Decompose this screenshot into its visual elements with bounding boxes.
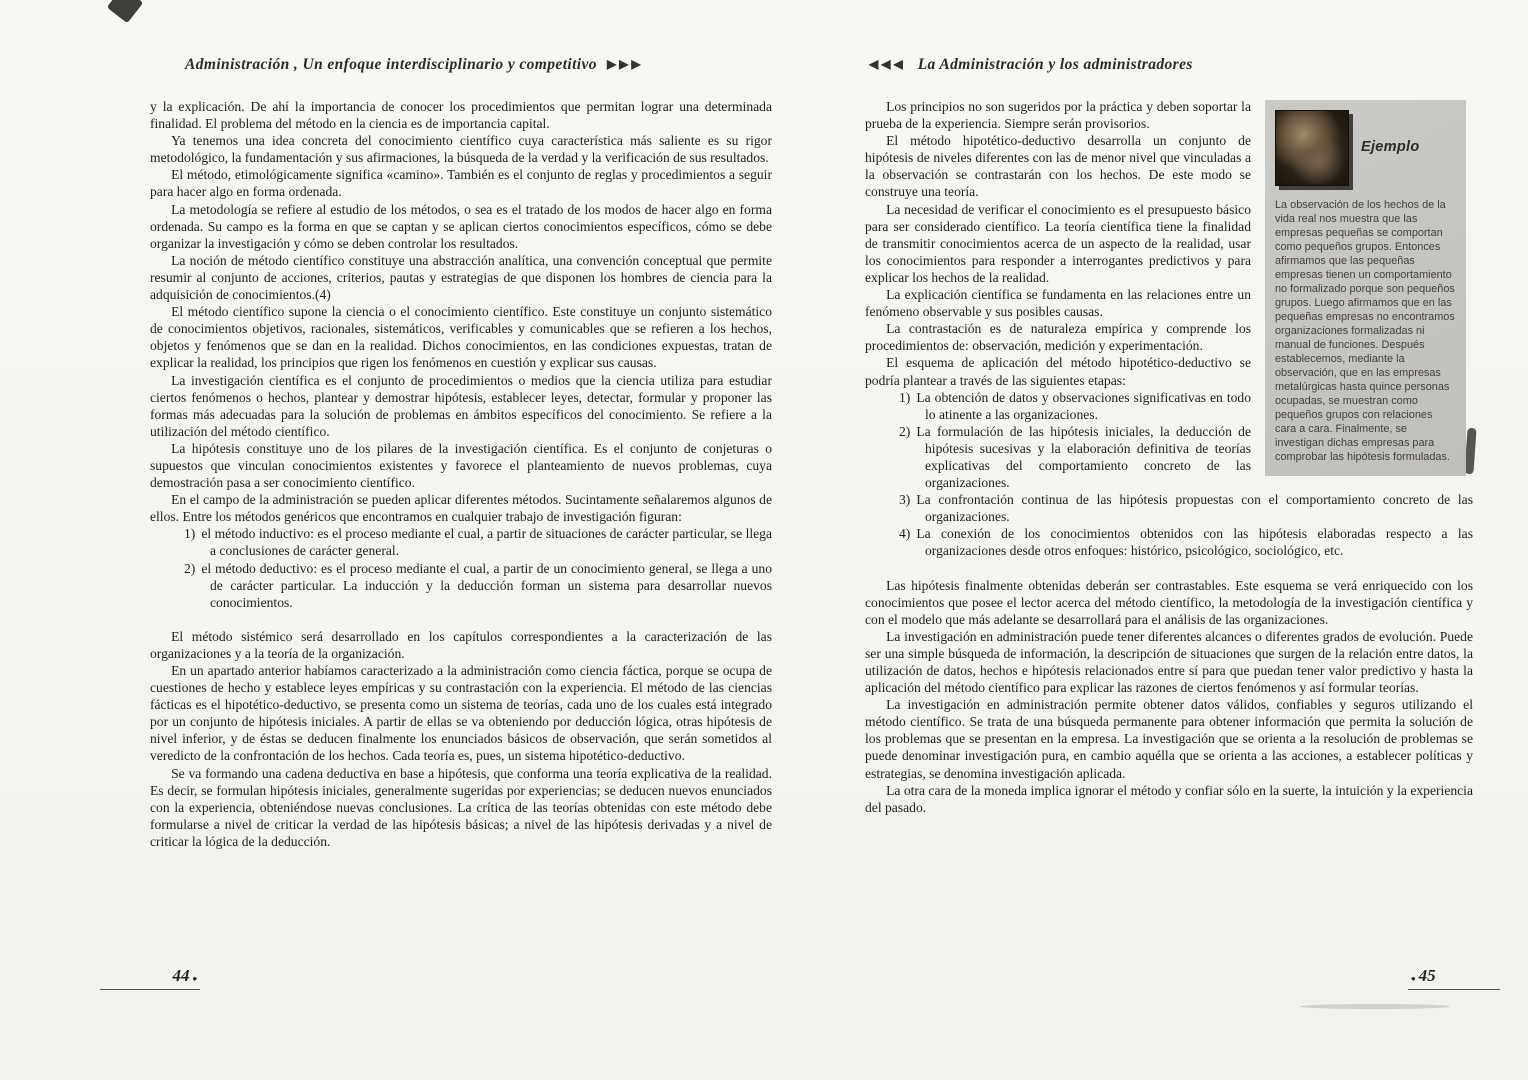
paragraph: La noción de método científico constituy… [150, 252, 772, 303]
right-page: ◀◀◀La Administración y los administrador… [865, 40, 1473, 816]
list-item-text: La obtención de datos y observaciones si… [916, 390, 1251, 422]
page-number-dot: • [192, 971, 197, 986]
left-running-title: Administración , Un enfoque interdiscipl… [185, 56, 597, 73]
page-number-dot: • [1411, 971, 1416, 986]
paragraph: La hipótesis constituye uno de los pilar… [150, 440, 772, 491]
list-item: 3)La confrontación continua de las hipót… [865, 491, 1473, 525]
list-item: 2)el método deductivo: es el proceso med… [150, 560, 772, 611]
list-item-number: 1) [184, 526, 195, 541]
list-item-text: La confrontación continua de las hipótes… [916, 492, 1473, 524]
left-running-header: Administración , Un enfoque interdiscipl… [185, 56, 772, 74]
list-item-number: 4) [899, 526, 910, 541]
list-item-number: 3) [899, 492, 910, 507]
page-number-value: 44 [172, 966, 189, 985]
paragraph: El método sistémico será desarrollado en… [150, 628, 772, 662]
ejemplo-sidebar-head: Ejemplo [1275, 110, 1456, 186]
paragraph: y la explicación. De ahí la importancia … [150, 98, 772, 132]
ejemplo-title: Ejemplo [1361, 139, 1420, 156]
paragraph: En el campo de la administración se pued… [150, 491, 772, 525]
paragraph: El método científico supone la ciencia o… [150, 303, 772, 371]
list-item: 4)La conexión de los conocimientos obten… [865, 525, 1473, 559]
right-running-title: La Administración y los administradores [918, 56, 1193, 73]
scan-smudge-artifact [1300, 1004, 1450, 1009]
left-page-number: 44• [100, 966, 200, 990]
paragraph: La investigación en administración puede… [865, 628, 1473, 696]
paragraph: Se va formando una cadena deductiva en b… [150, 765, 772, 850]
ejemplo-text: La observación de los hechos de la vida … [1275, 198, 1456, 464]
list-item-text: La formulación de las hipótesis iniciale… [916, 424, 1251, 490]
paragraph: La otra cara de la moneda implica ignora… [865, 782, 1473, 816]
right-page-number: •45 [1408, 966, 1500, 990]
list-item-text: el método deductivo: es el proceso media… [201, 561, 772, 610]
book-spread: Administración , Un enfoque interdiscipl… [0, 0, 1528, 1080]
right-page-body: Ejemplo La observación de los hechos de … [865, 98, 1473, 816]
left-page: Administración , Un enfoque interdiscipl… [150, 40, 772, 850]
page-number-value: 45 [1419, 966, 1436, 985]
forward-arrows-icon: ▶▶▶ [607, 57, 644, 71]
ejemplo-sidebar: Ejemplo La observación de los hechos de … [1265, 100, 1466, 476]
list-item-number: 2) [899, 424, 910, 439]
back-arrows-icon: ◀◀◀ [869, 57, 906, 71]
paragraph: Las hipótesis finalmente obtenidas deber… [865, 577, 1473, 628]
statue-photo [1275, 110, 1349, 186]
right-running-header: ◀◀◀La Administración y los administrador… [869, 56, 1473, 74]
list-item-number: 2) [184, 561, 195, 576]
paragraph: En un apartado anterior habíamos caracte… [150, 662, 772, 765]
list-item-number: 1) [899, 390, 910, 405]
list-item: 1)el método inductivo: es el proceso med… [150, 525, 772, 559]
left-page-body: y la explicación. De ahí la importancia … [150, 98, 772, 850]
paragraph: El método, etimológicamente significa «c… [150, 166, 772, 200]
paragraph: La metodología se refiere al estudio de … [150, 201, 772, 252]
paragraph: La investigación científica es el conjun… [150, 372, 772, 440]
list-item-text: La conexión de los conocimientos obtenid… [916, 526, 1473, 558]
scan-corner-artifact [107, 0, 143, 23]
list-item-text: el método inductivo: es el proceso media… [201, 526, 772, 558]
paragraph: La investigación en administración permi… [865, 696, 1473, 781]
paragraph: Ya tenemos una idea concreta del conocim… [150, 132, 772, 166]
